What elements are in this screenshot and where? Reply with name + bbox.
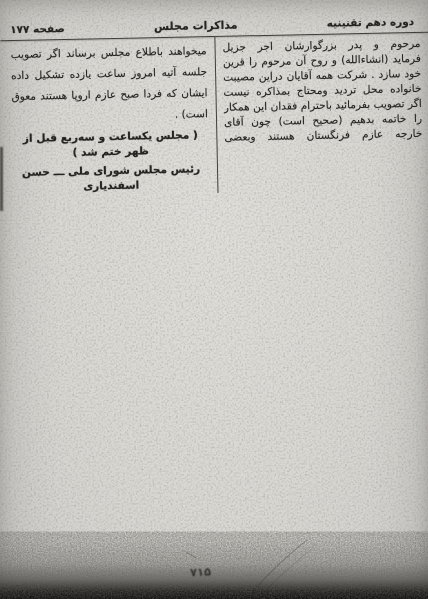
column-right: مرحوم و پدر بزرگوارشان اجر جزیل وصبرجمیل…	[214, 33, 428, 193]
page-title: مذاکرات مجلس	[154, 19, 238, 35]
scan-edge-streak	[0, 147, 3, 211]
text-columns: مرحوم و پدر بزرگوارشان اجر جزیل وصبرجمیل…	[0, 33, 428, 197]
header-session-label: دوره دهم تقنینیه	[327, 15, 415, 31]
text-line: است) .	[12, 104, 208, 128]
scanned-document-page: دوره دهم تقنینیه مذاکرات مجلس صفحه ۱۷۷ م…	[0, 0, 428, 599]
faint-footer-page-number: ۷۱۵	[190, 565, 212, 580]
header-page-number: صفحه ۱۷۷	[10, 22, 65, 37]
column-left: میخواهند باطلاع مجلس برساند اگر تصویب بف…	[0, 37, 217, 197]
scan-bottom-shadow	[0, 541, 428, 599]
speaker-signature: رئیس مجلس شورای ملی ـــ حسن اسفندیاری	[13, 162, 210, 197]
session-closing-note: ( مجلس یکساعت و سه‌ربع قبل از ظهر ختم شد…	[12, 128, 209, 163]
text-line: خارجه عازم فرنگستان هستند وبعضی مطالبی د…	[224, 127, 422, 146]
document-content: دوره دهم تقنینیه مذاکرات مجلس صفحه ۱۷۷ م…	[0, 15, 428, 197]
